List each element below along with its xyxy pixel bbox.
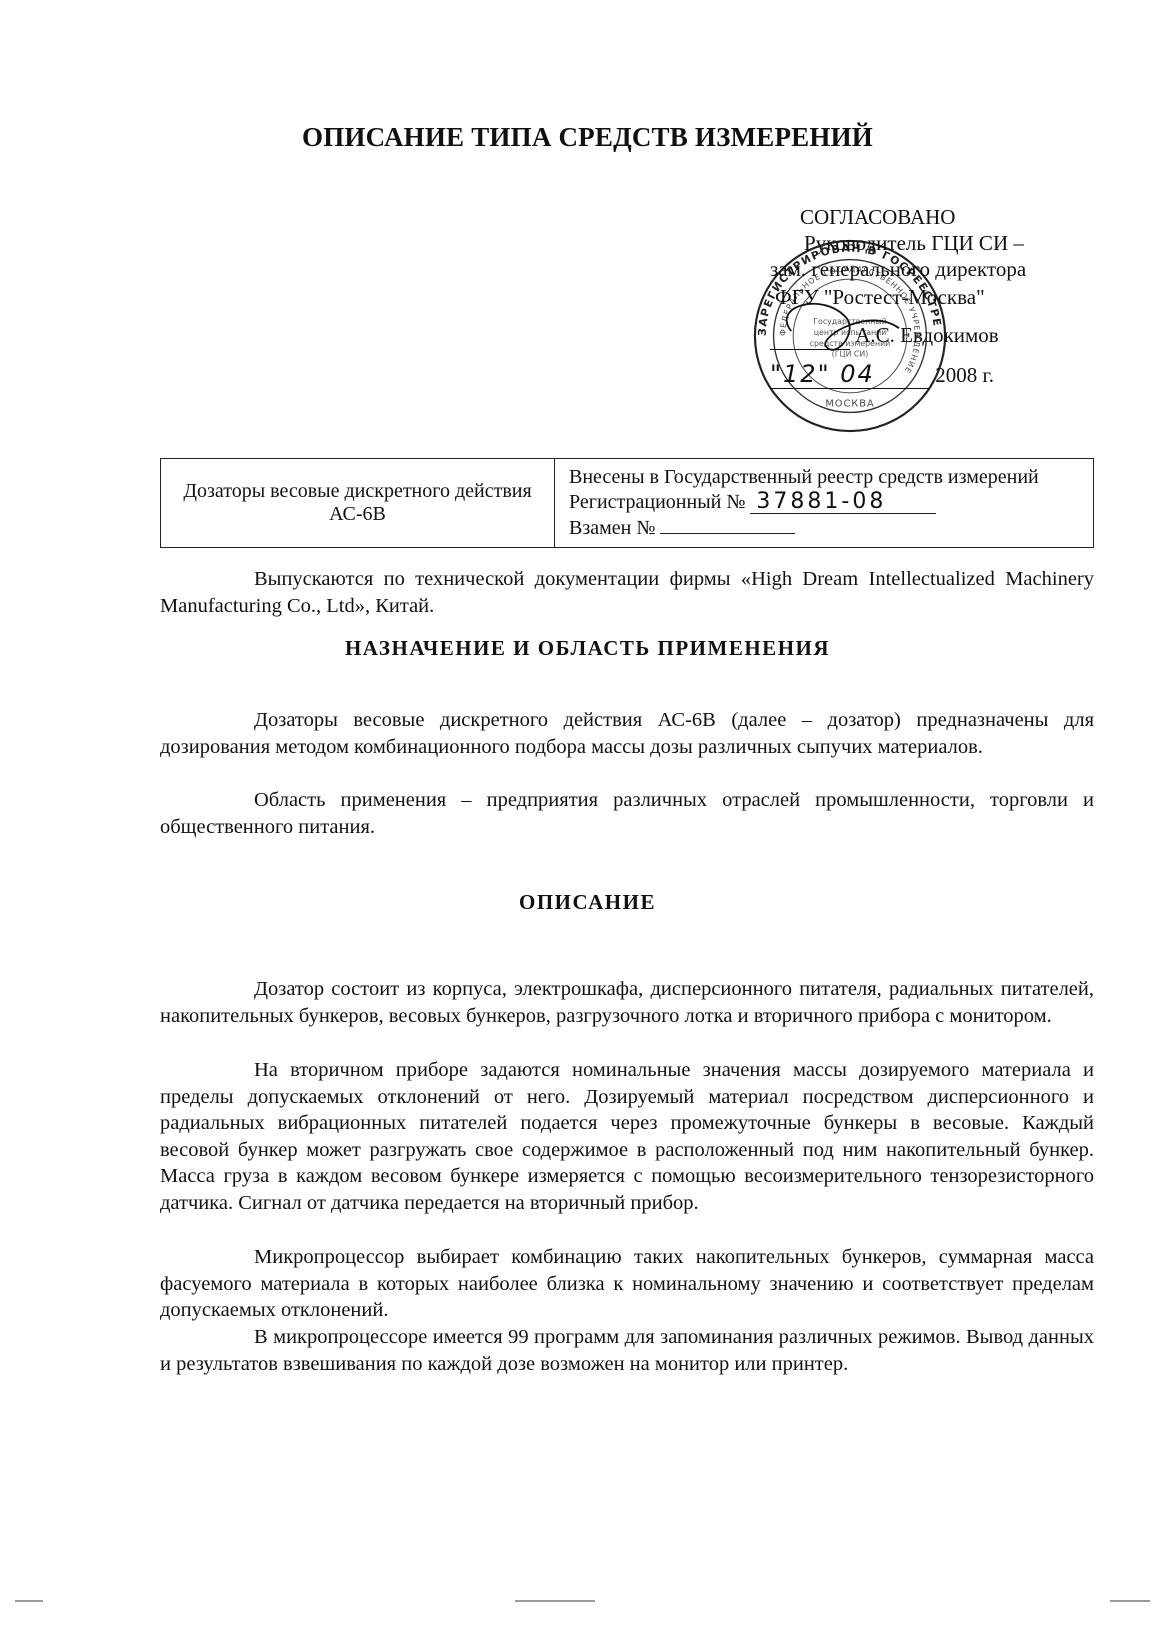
approval-heading: СОГЛАСОВАНО bbox=[800, 203, 955, 231]
approval-deputy: зам. генерального директора bbox=[770, 255, 1026, 283]
replaces-row: Взамен № bbox=[569, 515, 1093, 541]
svg-text:МОСКВА: МОСКВА bbox=[825, 399, 874, 410]
purpose-paragraph-1: Дозаторы весовые дискретного действия АС… bbox=[160, 707, 1094, 760]
description-paragraph-4: В микропроцессоре имеется 99 программ дл… bbox=[160, 1324, 1094, 1377]
replaces-blank bbox=[660, 515, 795, 534]
replaces-label: Взамен № bbox=[569, 517, 655, 539]
registration-number-value: 37881-08 bbox=[750, 491, 936, 514]
description-paragraph-2: На вторичном приборе задаются номинальны… bbox=[160, 1057, 1094, 1216]
section-heading-purpose: НАЗНАЧЕНИЕ И ОБЛАСТЬ ПРИМЕНЕНИЯ bbox=[0, 636, 1175, 661]
document-page: ОПИСАНИЕ ТИПА СРЕДСТВ ИЗМЕРЕНИЙ ЗАРЕГИСТ… bbox=[0, 0, 1175, 1647]
signature-blank bbox=[770, 321, 850, 350]
registry-table: Дозаторы весовые дискретного действия АС… bbox=[160, 458, 1094, 548]
svg-text:(ГЦИ СИ): (ГЦИ СИ) bbox=[832, 350, 869, 359]
registry-line: Внесены в Государственный реестр средств… bbox=[569, 465, 1093, 490]
product-model: АС-6В bbox=[329, 503, 386, 526]
date-day: "12" bbox=[770, 360, 831, 388]
date-year: 2008 г. bbox=[935, 363, 994, 387]
product-name: Дозаторы весовые дискретного действия bbox=[183, 480, 531, 503]
section-heading-description: ОПИСАНИЕ bbox=[0, 890, 1175, 915]
purpose-paragraph-2: Область применения – предприятия различн… bbox=[160, 787, 1094, 840]
date-handwritten: "12" 04 bbox=[770, 360, 930, 389]
intro-paragraph: Выпускаются по технической документации … bbox=[160, 566, 1094, 619]
date-month: 04 bbox=[840, 360, 875, 388]
registration-number-label: Регистрационный № bbox=[569, 491, 745, 513]
scan-artifacts bbox=[0, 1600, 1175, 1604]
document-title: ОПИСАНИЕ ТИПА СРЕДСТВ ИЗМЕРЕНИЙ bbox=[0, 122, 1175, 153]
registration-number-row: Регистрационный № 37881-08 bbox=[569, 490, 1093, 515]
description-paragraph-1: Дозатор состоит из корпуса, электрошкафа… bbox=[160, 976, 1094, 1029]
signatory-name: А.С. Евдокимов bbox=[855, 323, 998, 347]
approval-position: Руководитель ГЦИ СИ – bbox=[804, 229, 1024, 257]
approval-date: "12" 04 2008 г. bbox=[770, 360, 994, 389]
approval-signature-line: А.С. Евдокимов bbox=[770, 321, 999, 350]
description-paragraph-3: Микропроцессор выбирает комбинацию таких… bbox=[160, 1244, 1094, 1324]
registry-info-cell: Внесены в Государственный реестр средств… bbox=[555, 459, 1093, 547]
product-cell: Дозаторы весовые дискретного действия АС… bbox=[161, 459, 555, 547]
approval-organization: ФГУ "Ростест-Москва" bbox=[775, 283, 985, 311]
